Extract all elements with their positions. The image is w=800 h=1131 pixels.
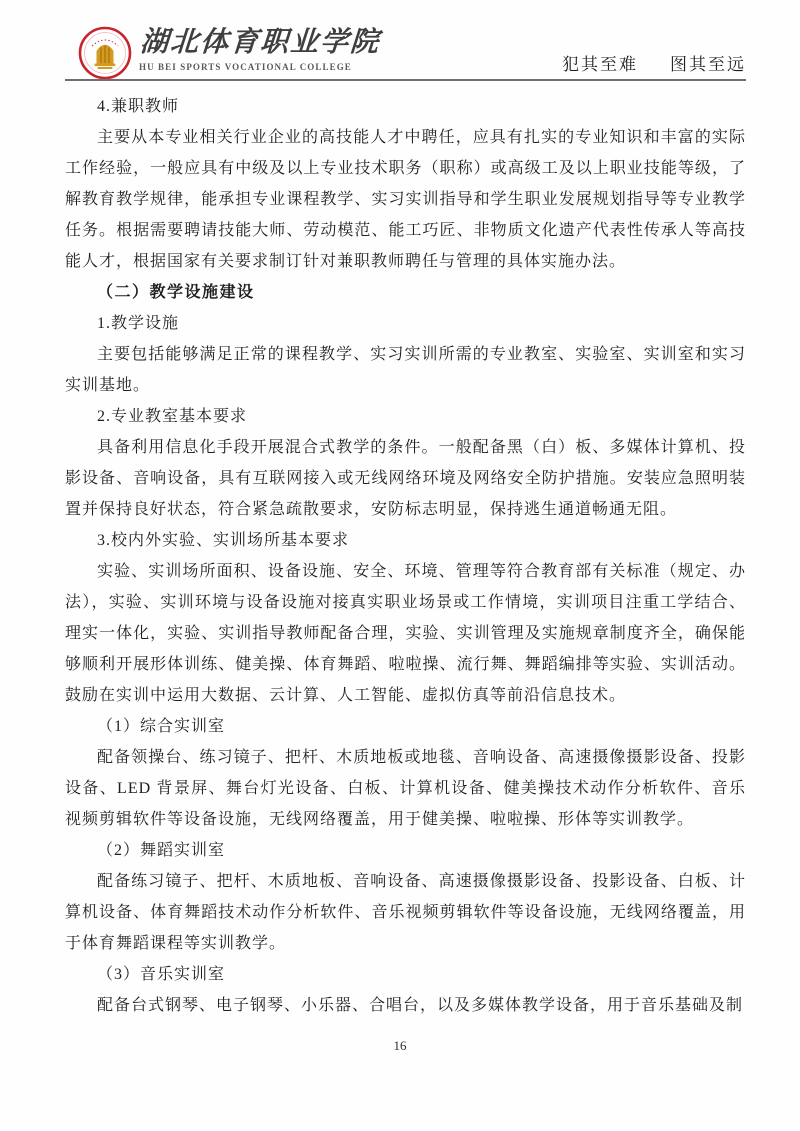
document-page: 湖北体育职业学院 HU BEI SPORTS VOCATIONAL COLLEG…: [0, 0, 800, 1131]
paragraph: 主要包括能够满足正常的课程教学、实习实训所需的专业教室、实验室、实训室和实习实训…: [65, 339, 746, 401]
page-header: 湖北体育职业学院 HU BEI SPORTS VOCATIONAL COLLEG…: [65, 24, 746, 82]
college-title-block: 湖北体育职业学院 HU BEI SPORTS VOCATIONAL COLLEG…: [139, 26, 379, 72]
college-seal-icon: [78, 26, 132, 80]
header-divider: [65, 79, 746, 81]
paragraph: （2）舞蹈实训室: [65, 835, 746, 866]
paragraph: 配备练习镜子、把杆、木质地板、音响设备、高速摄像摄影设备、投影设备、白板、计算机…: [65, 866, 746, 959]
paragraph: 实验、实训场所面积、设备设施、安全、环境、管理等符合教育部有关标准（规定、办法）…: [65, 556, 746, 711]
college-motto: 犯其至难图其至远: [562, 50, 746, 75]
page-number: 16: [0, 1038, 800, 1054]
paragraph: 2.专业教室基本要求: [65, 401, 746, 432]
motto-part2: 图其至远: [670, 55, 746, 74]
paragraph: 3.校内外实验、实训场所基本要求: [65, 525, 746, 556]
paragraph: （3）音乐实训室: [65, 959, 746, 990]
college-logo: [78, 26, 132, 80]
paragraph: 1.教学设施: [65, 308, 746, 339]
paragraph: 主要从本专业相关行业企业的高技能人才中聘任，应具有扎实的专业知识和丰富的实际工作…: [65, 122, 746, 277]
paragraph: （1）综合实训室: [65, 711, 746, 742]
document-body: 4.兼职教师主要从本专业相关行业企业的高技能人才中聘任，应具有扎实的专业知识和丰…: [65, 91, 746, 1021]
motto-part1: 犯其至难: [562, 55, 638, 74]
college-name-cn: 湖北体育职业学院: [139, 26, 381, 60]
paragraph: 配备台式钢琴、电子钢琴、小乐器、合唱台，以及多媒体教学设备，用于音乐基础及制: [65, 990, 746, 1021]
paragraph: （二）教学设施建设: [65, 277, 746, 308]
paragraph: 配备领操台、练习镜子、把杆、木质地板或地毯、音响设备、高速摄像摄影设备、投影设备…: [65, 742, 746, 835]
paragraph: 具备利用信息化手段开展混合式教学的条件。一般配备黑（白）板、多媒体计算机、投影设…: [65, 432, 746, 525]
college-name-en: HU BEI SPORTS VOCATIONAL COLLEGE: [139, 62, 379, 72]
paragraph: 4.兼职教师: [65, 91, 746, 122]
